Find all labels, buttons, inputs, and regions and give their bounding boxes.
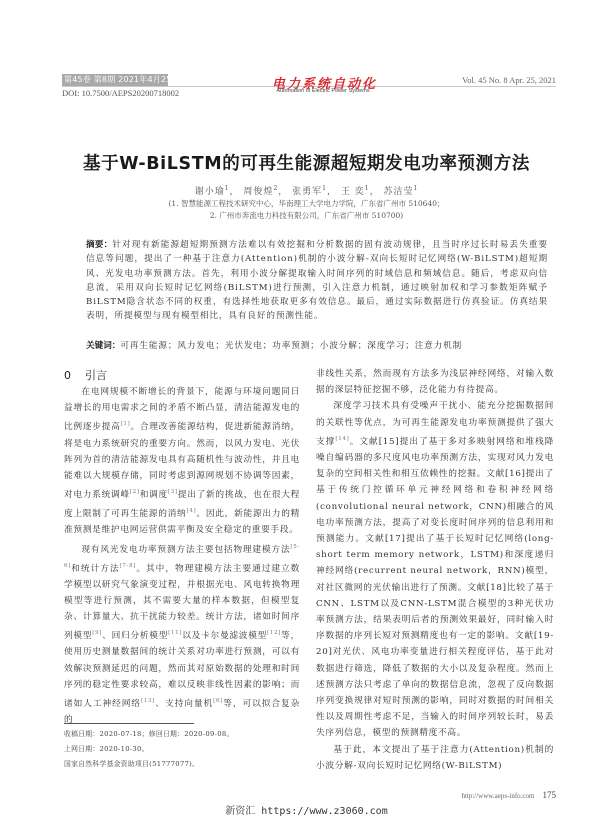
- abstract: 摘要：针对现有新能源超短期预测方法难以有效挖掘和分析数据的固有波动规律，且当时序…: [86, 238, 548, 324]
- paragraph: 基于此，本文提出了基于注意力(Attention)机制的小波分解-双向长短时记忆…: [316, 742, 554, 774]
- affiliation-line: 2. 广州市奔流电力科技有限公司，广东省广州市 510700): [60, 210, 553, 222]
- author: 张勇军1: [292, 187, 327, 197]
- citation[interactable]: [6]: [213, 698, 223, 704]
- author: 周俊煌2: [243, 187, 278, 197]
- footnotes: 收稿日期：2020-07-18；修回日期：2020-09-08。 上网日期：20…: [64, 727, 304, 772]
- citation[interactable]: [2]: [130, 489, 140, 495]
- watermark: 新资汇 https://www.z3060.com: [0, 802, 613, 817]
- footnote-funding: 国家自然科学基金资助项目(51777077)。: [64, 757, 304, 772]
- affiliations: (1. 智慧能源工程技术研究中心，华南理工大学电力学院，广东省广州市 51064…: [60, 198, 553, 222]
- page-footer: http://www.aeps-info.com175: [420, 790, 556, 800]
- page-number: 175: [543, 790, 557, 800]
- citation[interactable]: [4]: [186, 508, 196, 514]
- section-heading: 0引言: [64, 367, 107, 383]
- citation[interactable]: [7-8]: [120, 563, 137, 569]
- section-number: 0: [64, 369, 71, 382]
- right-column: 非线性关系，然而现有方法多为浅层神经网络，对输入数据的深层特征挖掘不够，泛化能力…: [316, 366, 554, 774]
- keywords-label: 关键词：: [86, 341, 120, 351]
- keywords: 关键词：可再生能源；风力发电；光伏发电；功率预测；小波分解；深度学习；注意力机制: [86, 339, 548, 351]
- paragraph: 现有风光发电功率预测方法主要包括物理建模方法[5-6]和统计方法[7-8]。其中…: [64, 539, 300, 729]
- section-title: 引言: [85, 369, 107, 382]
- footnote-received: 收稿日期：2020-07-18；修回日期：2020-09-08。: [64, 727, 304, 742]
- author: 王 奕1: [341, 187, 370, 197]
- citation[interactable]: [1]: [121, 421, 131, 427]
- author: 谢小瑜1: [195, 187, 230, 197]
- paragraph: 在电网规模不断增长的背景下，能源与环境问题同日益增长的用电需求之间的矛盾不断凸显…: [64, 384, 300, 539]
- citation[interactable]: [14]: [335, 436, 349, 442]
- issue-info-bar: 第45卷 第8期 2021年4月25日: [62, 74, 168, 86]
- paragraph: 深度学习技术具有受噪声干扰小、能充分挖掘数据间的关联性等优点，为可再生能源发电功…: [316, 398, 554, 741]
- footnote-online: 上网日期：2020-10-30。: [64, 742, 304, 757]
- author: 苏洁莹1: [383, 187, 418, 197]
- journal-url[interactable]: http://www.aeps-info.com: [461, 792, 534, 800]
- citation[interactable]: [3]: [168, 489, 178, 495]
- journal-name-en: Automation of Electric Power Systems: [262, 88, 384, 94]
- citation[interactable]: [12]: [267, 630, 281, 636]
- author-list: 谢小瑜1， 周俊煌2， 张勇军1， 王 奕1， 苏洁莹1: [60, 184, 553, 197]
- footnote-divider: [64, 723, 194, 724]
- keywords-text: 可再生能源；风力发电；光伏发电；功率预测；小波分解；深度学习；注意力机制: [120, 341, 462, 351]
- abstract-text: 针对现有新能源超短期预测方法难以有效挖掘和分析数据的固有波动规律，且当时序过长时…: [86, 240, 548, 321]
- doi-link[interactable]: DOI: 10.7500/AEPS20200718002: [62, 88, 179, 98]
- citation[interactable]: [11]: [168, 630, 182, 636]
- abstract-label: 摘要：: [86, 240, 112, 250]
- issue-info-en: Vol. 45 No. 8 Apr. 25, 2021: [440, 75, 556, 85]
- citation[interactable]: [13]: [141, 698, 155, 704]
- paragraph: 非线性关系，然而现有方法多为浅层神经网络，对输入数据的深层特征挖掘不够，泛化能力…: [316, 366, 554, 398]
- affiliation-line: (1. 智慧能源工程技术研究中心，华南理工大学电力学院，广东省广州市 51064…: [60, 198, 553, 210]
- citation[interactable]: [9]: [92, 630, 102, 636]
- article-title: 基于W-BiLSTM的可再生能源超短期发电功率预测方法: [60, 150, 553, 175]
- left-column: 在电网规模不断增长的背景下，能源与环境问题同日益增长的用电需求之间的矛盾不断凸显…: [64, 384, 300, 728]
